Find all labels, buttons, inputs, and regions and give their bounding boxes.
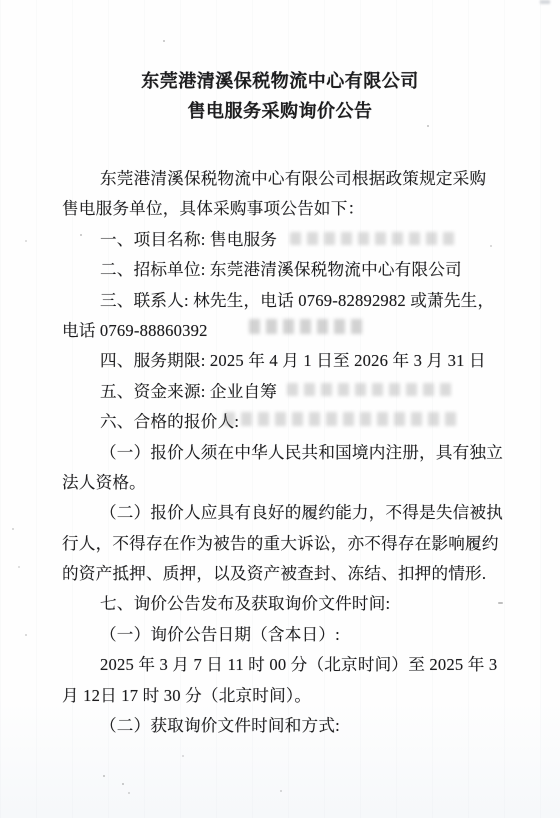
doc-line: 一、项目名称: 售电服务 (62, 225, 502, 255)
scan-speck (163, 40, 165, 42)
doc-line: 2025 年 3 月 7 日 11 时 00 分（北京时间）至 2025 年 3 (62, 650, 502, 680)
document-title: 东莞港清溪保税物流中心有限公司 售电服务采购询价公告 (0, 66, 560, 126)
doc-line: 六、合格的报价人: (62, 407, 502, 437)
doc-line: 法人资格。 (62, 468, 502, 498)
scan-speck (103, 775, 105, 777)
doc-line: 三、联系人: 林先生，电话 0769-82892982 或萧先生， (62, 286, 502, 316)
scan-speck (122, 783, 124, 785)
document-body: 东莞港清溪保税物流中心有限公司根据政策规定采购 售电服务单位，具体采购事项公告如… (62, 164, 502, 741)
doc-line: 七、询价公告发布及获取询价文件时间: (62, 589, 502, 619)
document-page: 东莞港清溪保税物流中心有限公司 售电服务采购询价公告 东莞港清溪保税物流中心有限… (0, 0, 560, 818)
doc-line: 电话 0769-88860392 (62, 316, 502, 346)
doc-line: 东莞港清溪保税物流中心有限公司根据政策规定采购 (62, 164, 502, 194)
doc-line: 的资产抵押、质押，以及资产被查封、冻结、扣押的情形. (62, 559, 502, 589)
doc-line: 月 12日 17 时 30 分（北京时间）。 (62, 681, 502, 711)
doc-line: 四、服务期限: 2025 年 4 月 1 日至 2026 年 3 月 31 日 (62, 346, 502, 376)
document-title-line-1: 东莞港清溪保税物流中心有限公司 (0, 66, 560, 96)
doc-line: 五、资金来源: 企业自筹 (62, 377, 502, 407)
doc-line: 行人，不得存在作为被告的重大诉讼，亦不得存在影响履约 (62, 529, 502, 559)
doc-line: （一）报价人须在中华人民共和国境内注册，具有独立 (62, 438, 502, 468)
scan-speck (18, 566, 20, 568)
doc-line: （一）询价公告日期（含本日）: (62, 620, 502, 650)
scan-speck (25, 240, 27, 242)
scan-speck (12, 528, 14, 530)
doc-line: 售电服务单位，具体采购事项公告如下： (62, 194, 502, 224)
scan-corner-smudge (540, 0, 550, 4)
scan-speck (182, 755, 184, 757)
scan-speck (128, 792, 130, 794)
scan-speck (280, 790, 282, 792)
doc-line: 二、招标单位: 东莞港清溪保税物流中心有限公司 (62, 255, 502, 285)
doc-line: （二）获取询价文件时间和方式: (62, 711, 502, 741)
scan-speck (25, 634, 27, 636)
document-title-line-2: 售电服务采购询价公告 (0, 96, 560, 126)
doc-line: （二）报价人应具有良好的履约能力，不得是失信被执 (62, 498, 502, 528)
